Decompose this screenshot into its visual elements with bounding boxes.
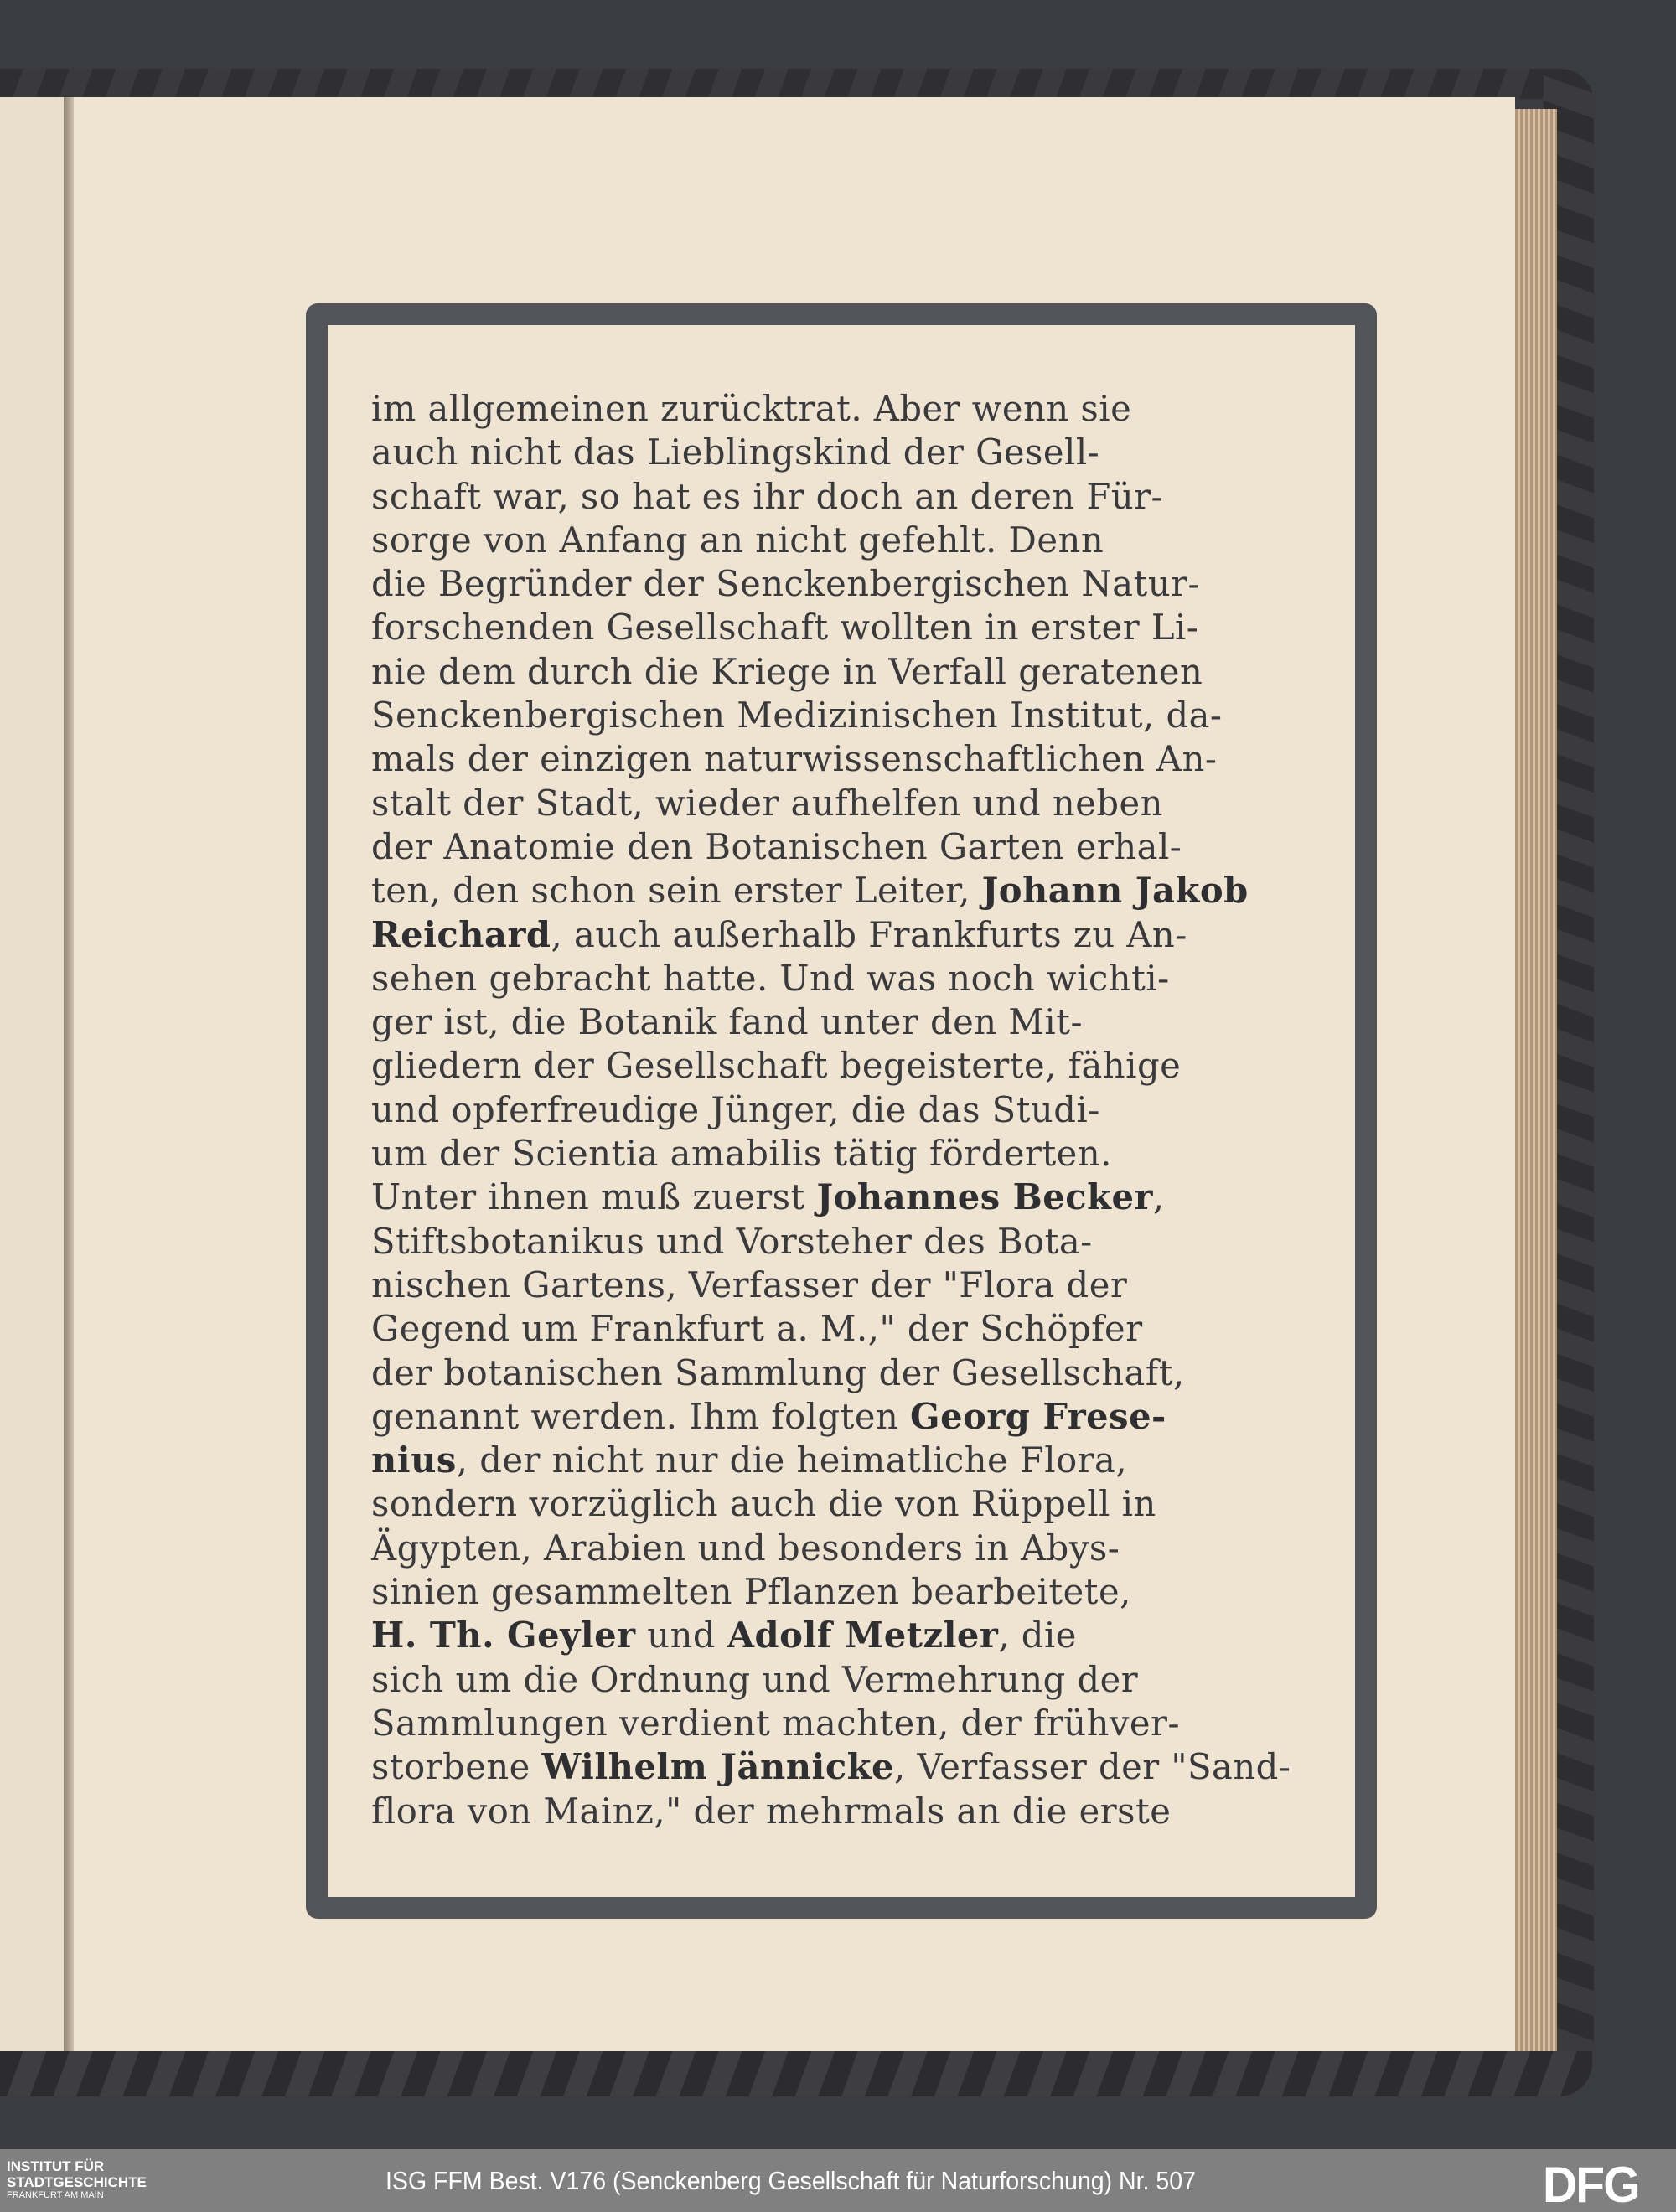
person-name: Reichard xyxy=(371,914,551,955)
text-line: auch nicht das Lieblingskind der Gesell- xyxy=(371,431,1335,474)
text-segment: sehen gebracht hatte. Und was noch wicht… xyxy=(371,958,1170,999)
footer-bar: INSTITUT FÜR STADTGESCHICHTE FRANKFURT A… xyxy=(0,2149,1676,2212)
text-line: der Anatomie den Botanischen Garten erha… xyxy=(371,825,1335,869)
text-segment: gliedern der Gesellschaft begeisterte, f… xyxy=(371,1045,1181,1086)
text-line: sinien gesammelten Pflanzen bearbeitete, xyxy=(371,1570,1335,1614)
text-line: im allgemeinen zurücktrat. Aber wenn sie xyxy=(371,387,1335,431)
text-segment: , der nicht nur die heimatliche Flora, xyxy=(457,1439,1127,1481)
text-segment: forschenden Gesellschaft wollten in erst… xyxy=(371,607,1198,648)
person-name: nius xyxy=(371,1439,457,1481)
text-segment: Senckenbergischen Medizinischen Institut… xyxy=(371,695,1222,736)
text-line: stalt der Stadt, wieder aufhelfen und ne… xyxy=(371,782,1335,825)
text-segment: sich um die Ordnung und Vermehrung der xyxy=(371,1659,1138,1700)
text-segment: auch nicht das Lieblingskind der Gesell- xyxy=(371,432,1099,473)
text-segment: storbene xyxy=(371,1746,542,1787)
text-segment: Unter ihnen muß zuerst xyxy=(371,1176,816,1217)
text-line: nischen Gartens, Verfasser der "Flora de… xyxy=(371,1264,1335,1307)
text-segment: flora von Mainz," der mehrmals an die er… xyxy=(371,1791,1171,1832)
text-line: gliedern der Gesellschaft begeisterte, f… xyxy=(371,1044,1335,1088)
text-segment: schaft war, so hat es ihr doch an deren … xyxy=(371,476,1163,517)
text-line: ten, den schon sein erster Leiter, Johan… xyxy=(371,869,1335,912)
text-line: ger ist, die Botanik fand unter den Mit- xyxy=(371,1000,1335,1044)
text-segment: , die xyxy=(998,1615,1077,1656)
text-segment: sondern vorzüglich auch die von Rüppell … xyxy=(371,1483,1156,1524)
dfg-logo: DFG xyxy=(1543,2160,1639,2210)
text-line: Senckenbergischen Medizinischen Institut… xyxy=(371,694,1335,737)
text-segment: nischen Gartens, Verfasser der "Flora de… xyxy=(371,1264,1127,1305)
institution-line-2: STADTGESCHICHTE xyxy=(7,2175,147,2189)
text-segment: Sammlungen verdient machten, der frühver… xyxy=(371,1703,1180,1744)
text-segment: ten, den schon sein erster Leiter, xyxy=(371,870,982,911)
text-line: genannt werden. Ihm folgten Georg Frese- xyxy=(371,1395,1335,1439)
text-segment: Gegend um Frankfurt a. M.," der Schöpfer xyxy=(371,1308,1143,1349)
text-segment: mals der einzigen naturwissenschaftliche… xyxy=(371,738,1217,779)
blackletter-text-block: im allgemeinen zurücktrat. Aber wenn sie… xyxy=(371,387,1343,1833)
book-gutter xyxy=(64,97,74,2051)
text-line: H. Th. Geyler und Adolf Metzler, die xyxy=(371,1614,1335,1657)
text-line: sich um die Ordnung und Vermehrung der xyxy=(371,1658,1335,1702)
person-name: Georg Frese- xyxy=(910,1396,1166,1437)
person-name: Johann Jakob xyxy=(982,870,1249,911)
text-segment: , xyxy=(1153,1176,1165,1217)
page-block-edge xyxy=(1515,109,1557,2051)
text-line: Reichard, auch außerhalb Frankfurts zu A… xyxy=(371,913,1335,957)
text-line: die Begründer der Senckenbergischen Natu… xyxy=(371,562,1335,606)
text-line: storbene Wilhelm Jännicke, Verfasser der… xyxy=(371,1745,1335,1789)
text-line: Sammlungen verdient machten, der frühver… xyxy=(371,1702,1335,1745)
text-line: sorge von Anfang an nicht gefehlt. Denn xyxy=(371,519,1335,562)
text-segment: der Anatomie den Botanischen Garten erha… xyxy=(371,826,1182,867)
text-segment: sinien gesammelten Pflanzen bearbeitete, xyxy=(371,1571,1131,1612)
text-segment: ger ist, die Botanik fand unter den Mit- xyxy=(371,1001,1083,1042)
text-line: und opferfreudige Jünger, die das Studi- xyxy=(371,1088,1335,1132)
person-name: Wilhelm Jännicke xyxy=(542,1746,894,1787)
person-name: Adolf Metzler xyxy=(727,1615,999,1656)
text-line: Gegend um Frankfurt a. M.," der Schöpfer xyxy=(371,1307,1335,1351)
text-segment: der botanischen Sammlung der Gesellschaf… xyxy=(371,1352,1185,1393)
text-line: mals der einzigen naturwissenschaftliche… xyxy=(371,737,1335,781)
text-segment: und opferfreudige Jünger, die das Studi- xyxy=(371,1089,1100,1130)
text-line: Ägypten, Arabien und besonders in Abys- xyxy=(371,1527,1335,1570)
left-page-margin xyxy=(0,97,65,2051)
text-line: Stiftsbotanikus und Vorsteher des Bota- xyxy=(371,1220,1335,1264)
text-line: der botanischen Sammlung der Gesellschaf… xyxy=(371,1351,1335,1395)
cover-edge-top xyxy=(0,69,1575,99)
text-line: sondern vorzüglich auch die von Rüppell … xyxy=(371,1482,1335,1526)
text-segment: genannt werden. Ihm folgten xyxy=(371,1396,910,1437)
text-segment: , Verfasser der "Sand- xyxy=(894,1746,1291,1787)
text-segment: um der Scientia amabilis tätig förderten… xyxy=(371,1133,1112,1174)
institution-logo: INSTITUT FÜR STADTGESCHICHTE FRANKFURT A… xyxy=(7,2159,147,2200)
archive-caption: ISG FFM Best. V176 (Senckenberg Gesellsc… xyxy=(385,2166,1196,2196)
text-segment: Stiftsbotanikus und Vorsteher des Bota- xyxy=(371,1221,1093,1262)
person-name: Johannes Becker xyxy=(816,1176,1152,1217)
text-line: flora von Mainz," der mehrmals an die er… xyxy=(371,1790,1335,1833)
text-line: Unter ihnen muß zuerst Johannes Becker, xyxy=(371,1176,1335,1219)
text-segment: und xyxy=(636,1615,727,1656)
text-line: nius, der nicht nur die heimatliche Flor… xyxy=(371,1439,1335,1482)
text-segment: Ägypten, Arabien und besonders in Abys- xyxy=(371,1527,1120,1569)
text-line: nie dem durch die Kriege in Verfall gera… xyxy=(371,650,1335,694)
person-name: H. Th. Geyler xyxy=(371,1615,636,1656)
text-segment: stalt der Stadt, wieder aufhelfen und ne… xyxy=(371,783,1163,824)
text-segment: nie dem durch die Kriege in Verfall gera… xyxy=(371,651,1203,692)
text-line: schaft war, so hat es ihr doch an deren … xyxy=(371,475,1335,519)
text-segment: sorge von Anfang an nicht gefehlt. Denn xyxy=(371,519,1104,561)
institution-line-3: FRANKFURT AM MAIN xyxy=(7,2191,147,2200)
text-segment: im allgemeinen zurücktrat. Aber wenn sie xyxy=(371,388,1131,429)
text-segment: die Begründer der Senckenbergischen Natu… xyxy=(371,563,1200,604)
cover-edge-bottom xyxy=(0,2051,1592,2096)
text-segment: , auch außerhalb Frankfurts zu An- xyxy=(551,914,1187,955)
institution-line-1: INSTITUT FÜR xyxy=(7,2159,147,2173)
text-line: sehen gebracht hatte. Und was noch wicht… xyxy=(371,957,1335,1000)
text-line: um der Scientia amabilis tätig förderten… xyxy=(371,1132,1335,1176)
text-line: forschenden Gesellschaft wollten in erst… xyxy=(371,606,1335,649)
